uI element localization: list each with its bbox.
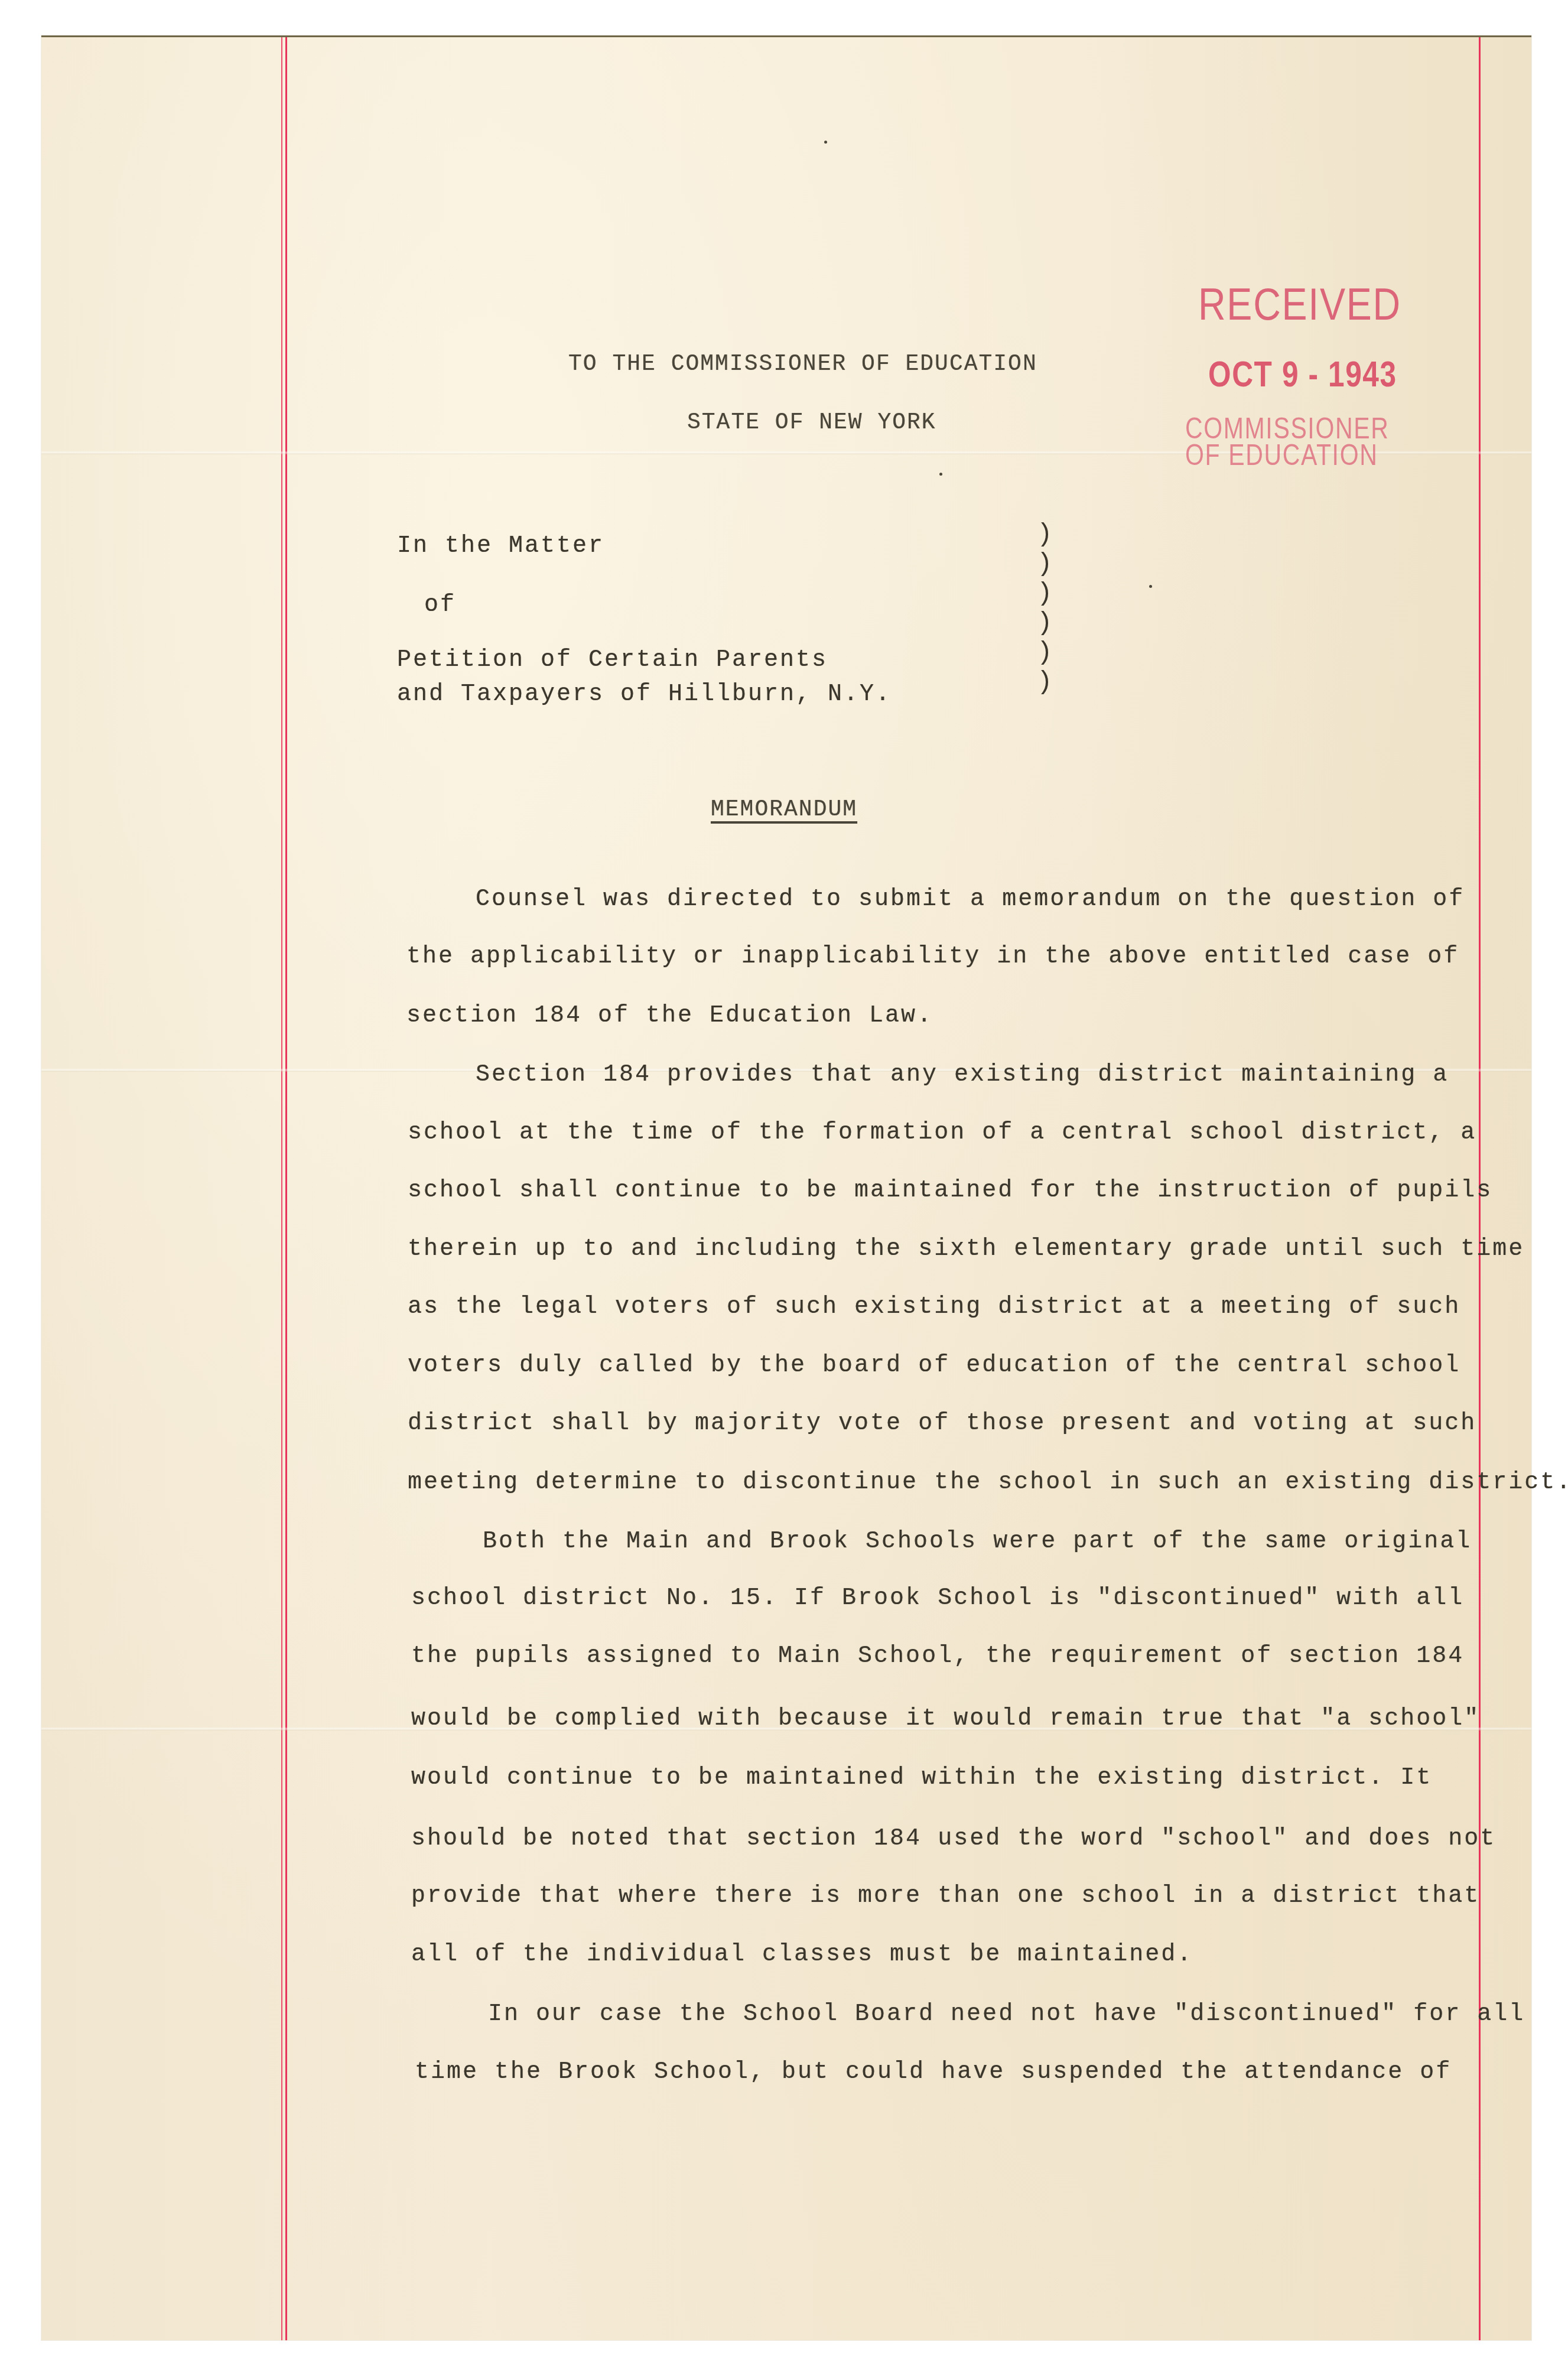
body-line: Counsel was directed to submit a memoran… (476, 888, 1465, 912)
received-stamp-office-line2: OF EDUCATION (1185, 440, 1378, 470)
body-line: district shall by majority vote of those… (408, 1412, 1476, 1436)
body-line: voters duly called by the board of educa… (408, 1354, 1460, 1378)
body-line: school at the time of the formation of a… (408, 1121, 1476, 1145)
body-line: provide that where there is more than on… (411, 1885, 1480, 1908)
body-line: should be noted that section 184 used th… (411, 1827, 1496, 1851)
body-line: would continue to be maintained within t… (411, 1767, 1432, 1790)
body-line: would be complied with because it would … (411, 1707, 1480, 1731)
received-stamp-date: OCT 9 - 1943 (1208, 356, 1397, 393)
body-line: as the legal voters of such existing dis… (408, 1296, 1460, 1319)
caption-in-the-matter: In the Matter (397, 535, 604, 558)
left-margin-rule (285, 37, 287, 2340)
header-state: STATE OF NEW YORK (687, 412, 936, 434)
ink-speck (939, 473, 942, 476)
caption-of: of (424, 594, 456, 617)
ink-speck (824, 141, 827, 144)
body-line: the applicability or inapplicability in … (406, 945, 1459, 969)
body-line: In our case the School Board need not ha… (488, 2003, 1525, 2027)
caption-petitioners: and Taxpayers of Hillburn, N.Y. (397, 683, 892, 707)
memorandum-title: MEMORANDUM (711, 799, 857, 821)
body-line: all of the individual classes must be ma… (411, 1943, 1193, 1967)
left-margin-rule-inner (281, 37, 282, 2340)
ink-speck (1149, 585, 1152, 588)
header-addressee: TO THE COMMISSIONER OF EDUCATION (568, 353, 1037, 376)
body-line: meeting determine to discontinue the sch… (408, 1471, 1568, 1495)
body-line: school district No. 15. If Brook School … (411, 1587, 1464, 1611)
body-line: the pupils assigned to Main School, the … (411, 1645, 1464, 1669)
body-line: time the Brook School, but could have su… (415, 2061, 1452, 2084)
body-line: school shall continue to be maintained f… (408, 1179, 1492, 1203)
caption-petition: Petition of Certain Parents (397, 649, 828, 672)
body-line: section 184 of the Education Law. (406, 1004, 933, 1028)
body-line: Both the Main and Brook Schools were par… (483, 1530, 1472, 1554)
body-line: therein up to and including the sixth el… (408, 1238, 1524, 1261)
received-stamp-label: RECEIVED (1198, 282, 1401, 327)
body-line: Section 184 provides that any existing d… (476, 1063, 1449, 1087)
